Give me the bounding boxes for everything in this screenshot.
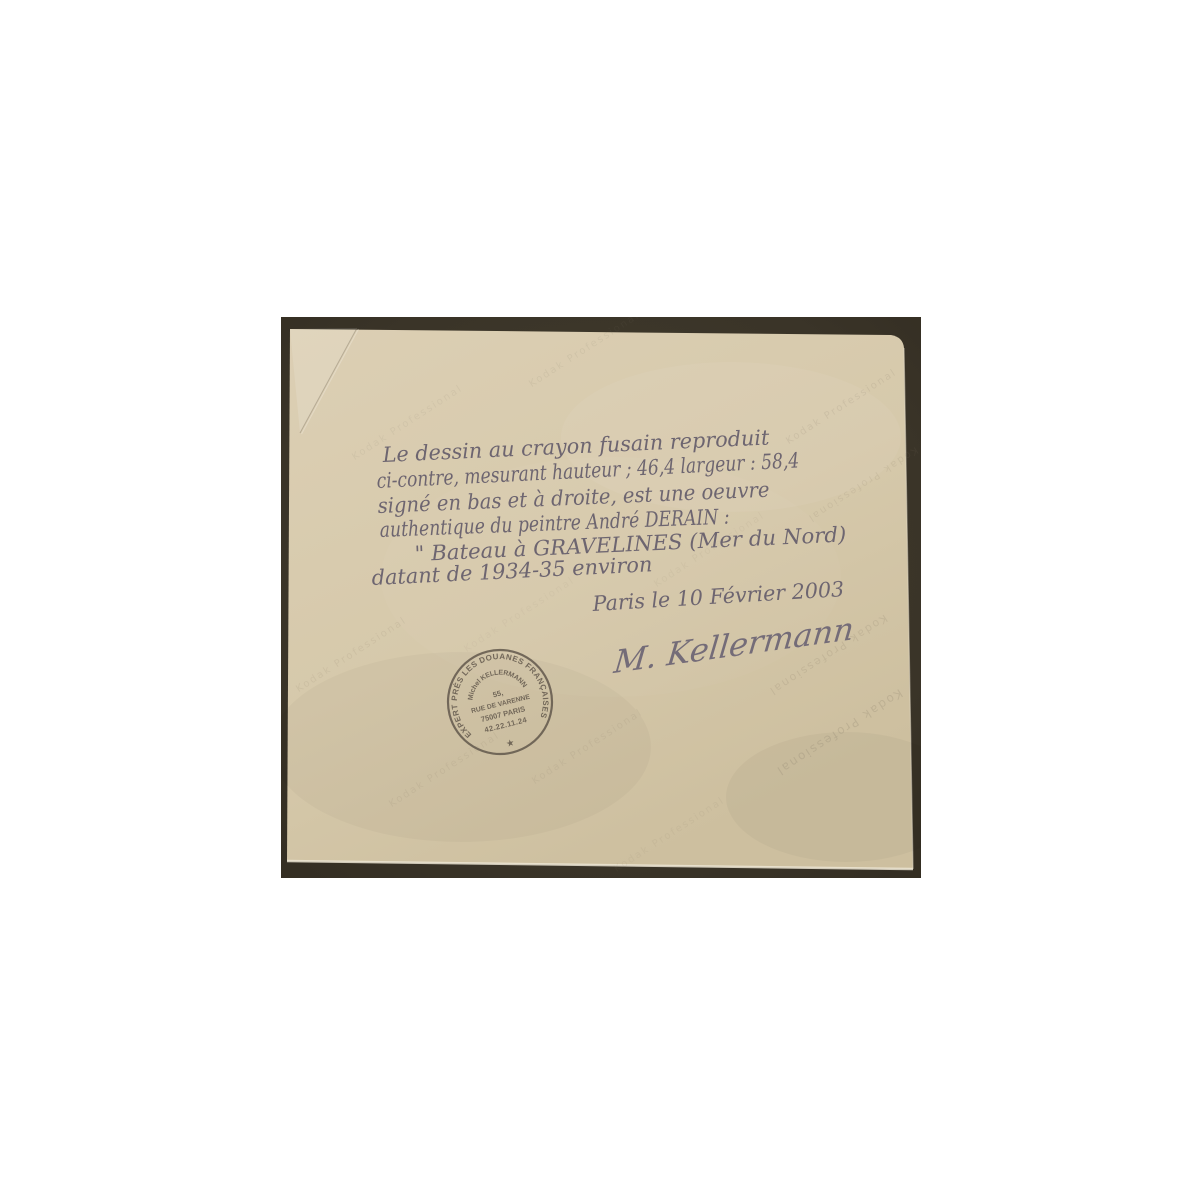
- certificate-photo: Kodak Professional Kodak Professional Ko…: [281, 317, 921, 878]
- certificate-photo-svg: Kodak Professional Kodak Professional Ko…: [281, 317, 921, 878]
- page-background: Kodak Professional Kodak Professional Ko…: [0, 0, 1200, 1200]
